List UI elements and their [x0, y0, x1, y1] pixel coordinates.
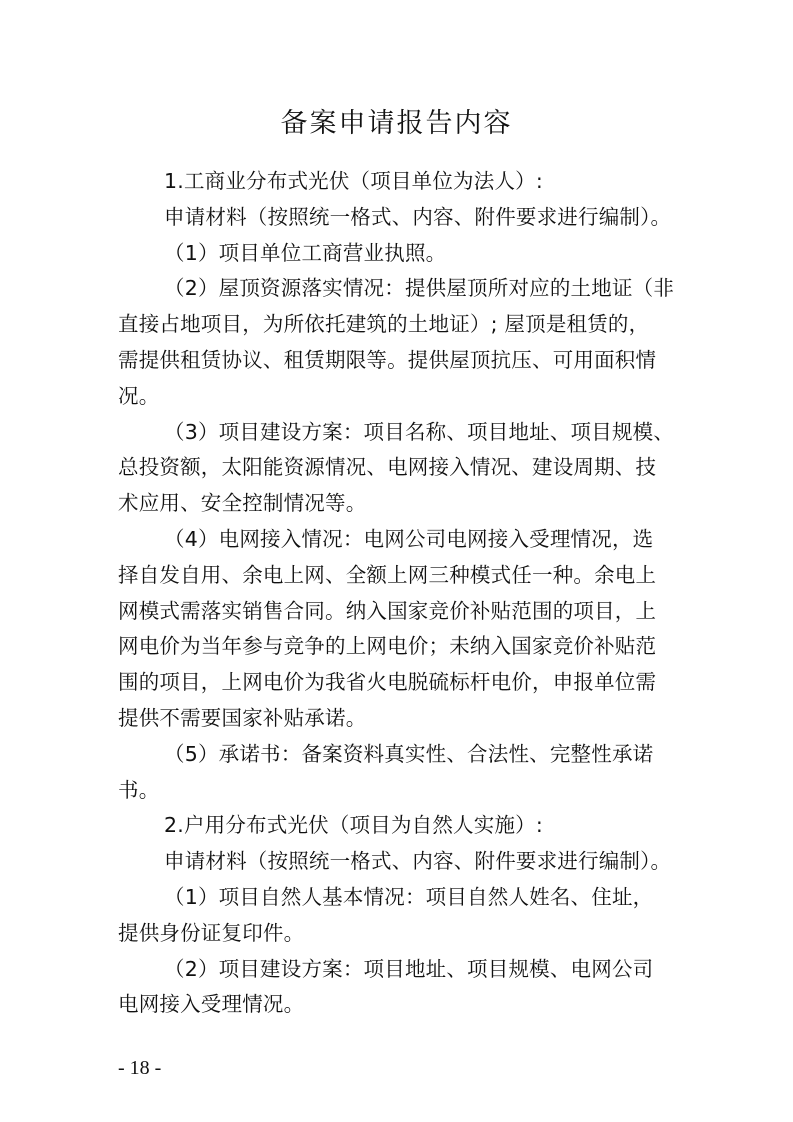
- section-1-item-2-line-2: 直接占地项目，为所依托建筑的土地证）; 屋顶是租赁的，: [118, 307, 676, 343]
- page-number: - 18 -: [118, 1054, 161, 1082]
- section-2-item-2-line-2: 电网接入受理情况。: [118, 987, 676, 1023]
- section-1-item-2-line-3: 需提供租赁协议、租赁期限等。提供屋顶抗压、可用面积情: [118, 343, 676, 379]
- section-1-item-3-line-1: （3）项目建设方案：项目名称、项目地址、项目规模、: [118, 415, 676, 451]
- section-1-item-5-line-2: 书。: [118, 773, 676, 809]
- document-body: 1.工商业分布式光伏（项目单位为法人）: 申请材料（按照统一格式、内容、附件要求…: [118, 164, 676, 1023]
- section-2-item-1-line-1: （1）项目自然人基本情况：项目自然人姓名、住址，: [118, 880, 676, 916]
- section-1-item-4-line-2: 择自发自用、余电上网、全额上网三种模式任一种。余电上: [118, 558, 676, 594]
- section-1-item-3-line-3: 术应用、安全控制情况等。: [118, 486, 676, 522]
- section-1-item-4-line-1: （4）电网接入情况：电网公司电网接入受理情况，选: [118, 522, 676, 558]
- document-page: 备案申请报告内容 1.工商业分布式光伏（项目单位为法人）: 申请材料（按照统一格…: [0, 0, 793, 1122]
- section-1-materials: 申请材料（按照统一格式、内容、附件要求进行编制）。: [118, 200, 676, 236]
- section-1-item-5-line-1: （5）承诺书：备案资料真实性、合法性、完整性承诺: [118, 737, 676, 773]
- section-1-item-2-line-1: （2）屋顶资源落实情况：提供屋顶所对应的土地证（非: [118, 271, 676, 307]
- section-2-materials: 申请材料（按照统一格式、内容、附件要求进行编制）。: [118, 844, 676, 880]
- section-1-item-1: （1）项目单位工商营业执照。: [118, 236, 676, 272]
- section-1-item-2-line-4: 况。: [118, 379, 676, 415]
- document-title: 备案申请报告内容: [0, 104, 793, 144]
- section-1-item-3-line-2: 总投资额，太阳能资源情况、电网接入情况、建设周期、技: [118, 450, 676, 486]
- section-2-heading: 2.户用分布式光伏（项目为自然人实施）:: [118, 808, 676, 844]
- section-1-heading: 1.工商业分布式光伏（项目单位为法人）:: [118, 164, 676, 200]
- section-1-item-4-line-3: 网模式需落实销售合同。纳入国家竞价补贴范围的项目，上: [118, 594, 676, 630]
- section-1-item-4-line-6: 提供不需要国家补贴承诺。: [118, 701, 676, 737]
- section-1-item-4-line-4: 网电价为当年参与竞争的上网电价；未纳入国家竞价补贴范: [118, 629, 676, 665]
- section-2-item-2-line-1: （2）项目建设方案：项目地址、项目规模、电网公司: [118, 952, 676, 988]
- section-1-item-4-line-5: 围的项目，上网电价为我省火电脱硫标杆电价，申报单位需: [118, 665, 676, 701]
- section-2-item-1-line-2: 提供身份证复印件。: [118, 916, 676, 952]
